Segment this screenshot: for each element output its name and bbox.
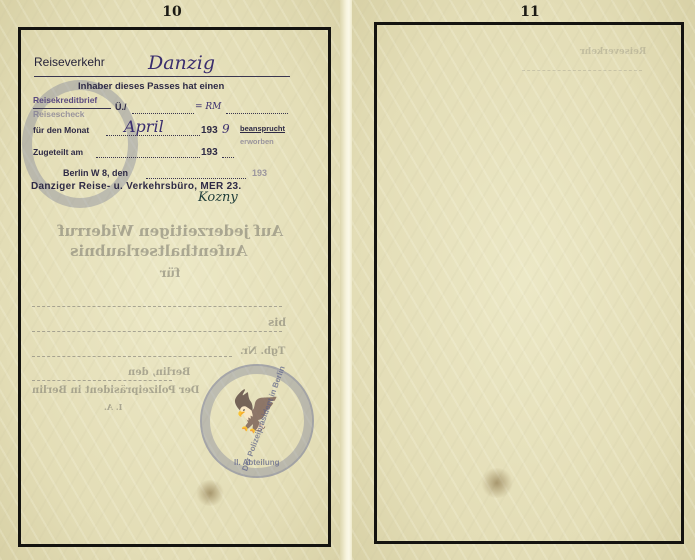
label-month: für den Monat bbox=[33, 125, 89, 135]
allocated-year-prefix: 193 bbox=[201, 147, 218, 158]
place-date: Berlin W 8, den bbox=[63, 168, 128, 178]
field-number-prefix: Ü./ bbox=[115, 102, 127, 112]
passport-spread: 10 Reiseverkehr Danzig Inhaber dieses Pa… bbox=[0, 0, 695, 560]
bleed-line-7: Der Polizeipräsident in Berlin bbox=[32, 385, 200, 396]
heading-label: Reiseverkehr bbox=[34, 55, 105, 69]
stain bbox=[480, 468, 514, 498]
label-credit-letter: Reisekreditbrief bbox=[33, 95, 97, 105]
bleed-line-6: Berlin, den bbox=[128, 367, 191, 378]
year-prefix: 193 bbox=[201, 125, 218, 136]
bleed-faint-text: Reiseverkehr bbox=[580, 47, 646, 57]
police-eagle-stamp: 🦅 Der Polizeipräsident in Berlin II. Abt… bbox=[200, 364, 314, 478]
bleed-rule-2 bbox=[32, 331, 282, 332]
heading-handwritten-city: Danzig bbox=[148, 52, 215, 74]
label-allocated: Zugeteilt am bbox=[33, 147, 83, 157]
field-currency: = RM bbox=[195, 102, 221, 112]
bleed-line-2: Aufenthaltserlaubnis bbox=[70, 242, 247, 260]
place-year-prefix: 193 bbox=[252, 168, 267, 178]
page-number-left: 10 bbox=[152, 4, 192, 20]
official-signature: Kozny bbox=[198, 190, 238, 205]
dotline-allocated bbox=[96, 157, 200, 158]
bleed-faint-rule bbox=[522, 70, 642, 71]
dotline-allocated-year bbox=[222, 157, 234, 158]
year-handwritten: 9 bbox=[222, 122, 230, 136]
dotline-amount bbox=[226, 113, 288, 114]
holder-line: Inhaber dieses Passes hat einen bbox=[78, 81, 224, 92]
right-page: 11 Reiseverkehr bbox=[352, 0, 695, 560]
bleed-line-5: Tgb. Nr. bbox=[240, 346, 285, 357]
bleed-line-8: I. A. bbox=[104, 402, 122, 412]
stain bbox=[195, 480, 225, 506]
bleed-line-3: für bbox=[160, 266, 180, 280]
right-page-frame bbox=[374, 22, 684, 544]
stamp-bottom-text: II. Abteilung bbox=[234, 458, 279, 467]
used-option-acquired: erworben bbox=[240, 137, 274, 146]
month-handwritten: April bbox=[124, 117, 164, 136]
dotline-number bbox=[132, 113, 194, 114]
used-option-claimed: beansprucht bbox=[240, 124, 285, 133]
bleed-rule-4 bbox=[32, 380, 172, 381]
page-number-right: 11 bbox=[510, 4, 550, 20]
bleed-line-4: bis bbox=[268, 316, 286, 329]
left-page: 10 Reiseverkehr Danzig Inhaber dieses Pa… bbox=[0, 0, 352, 560]
bleed-rule-3 bbox=[32, 356, 232, 357]
bleed-line-1: Auf jederzeitigen Widerruf bbox=[58, 222, 283, 240]
heading-underline bbox=[34, 76, 290, 77]
bleed-rule-1 bbox=[32, 306, 282, 307]
dotline-place-date bbox=[146, 178, 246, 179]
label-travel-check: Reisescheck bbox=[33, 109, 85, 119]
